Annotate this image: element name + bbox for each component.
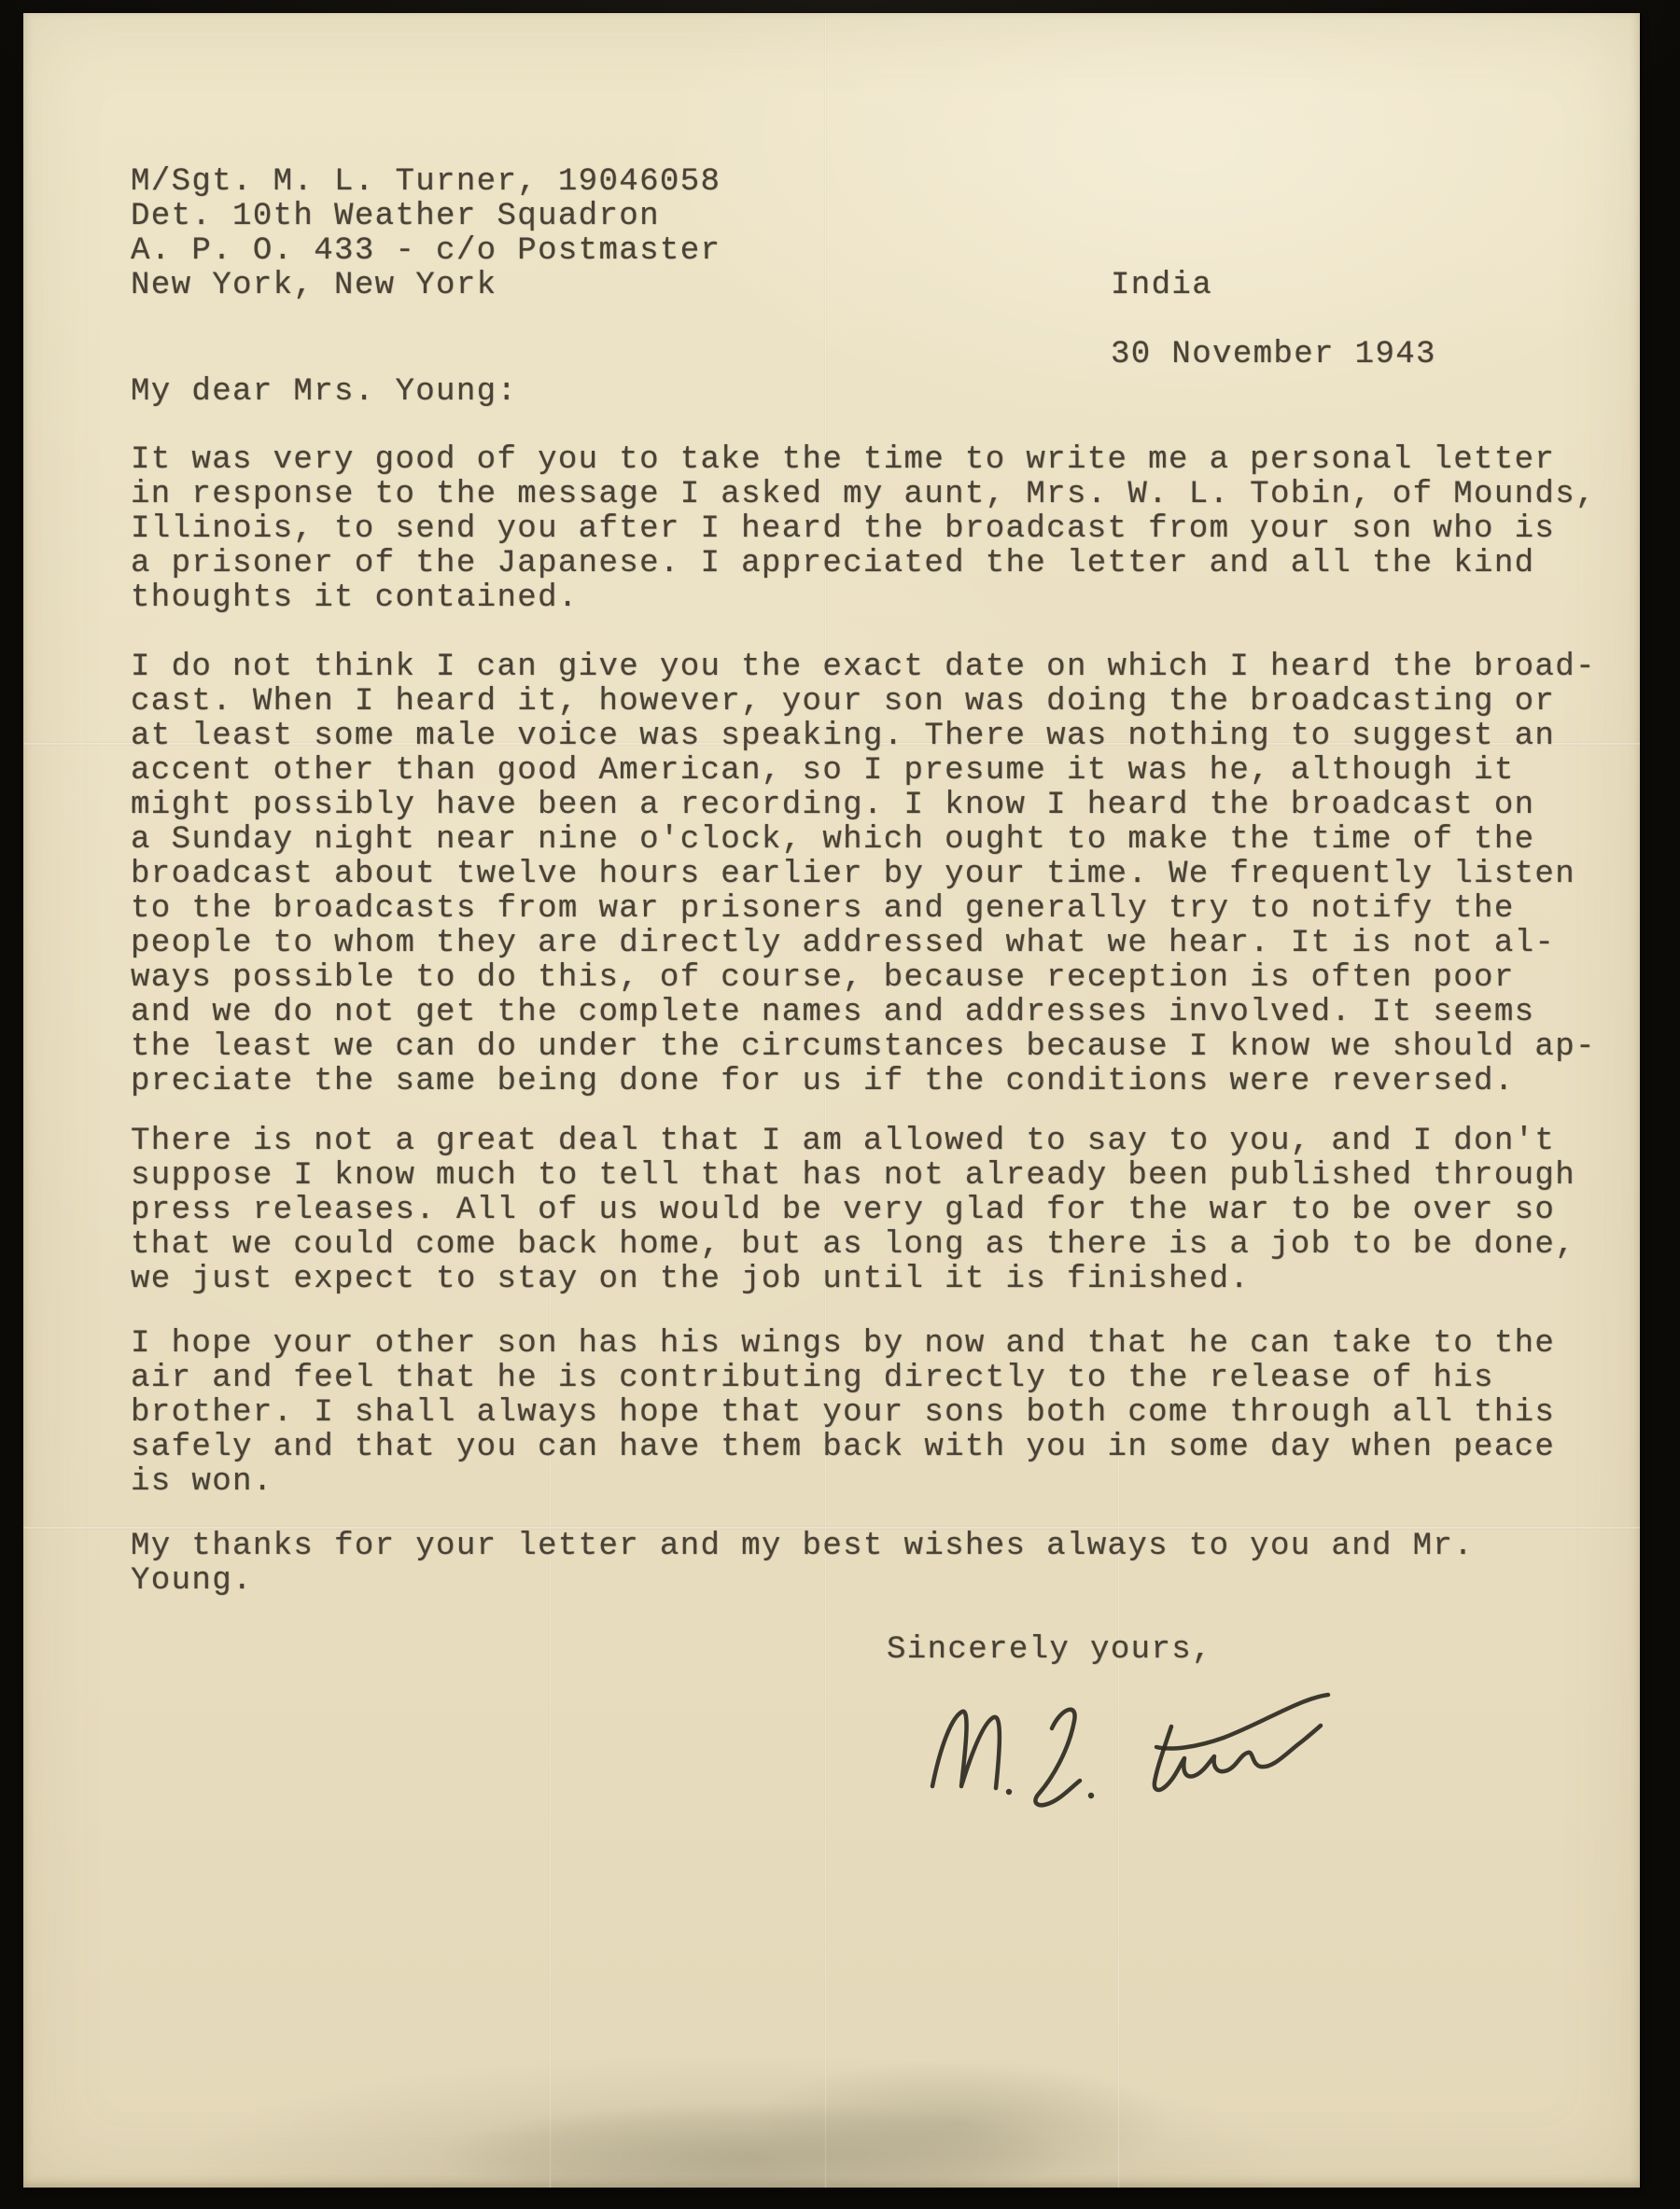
dateline-block: India 30 November 1943 [1111, 234, 1436, 407]
signature-ink-drawing [891, 1665, 1358, 1824]
scanner-background: M/Sgt. M. L. Turner, 19046058 Det. 10th … [0, 0, 1680, 2209]
dateline-date: 30 November 1943 [1111, 338, 1436, 372]
body-paragraph-3: There is not a great deal that I am allo… [131, 1125, 1575, 1297]
body-paragraph-4: I hope your other son has his wings by n… [131, 1327, 1555, 1500]
salutation: My dear Mrs. Young: [131, 375, 517, 410]
body-paragraph-1: It was very good of you to take the time… [131, 443, 1596, 616]
body-paragraph-5: My thanks for your letter and my best wi… [131, 1530, 1474, 1599]
bottom-edge-wrinkle-stain [397, 2080, 1106, 2188]
closing-phrase: Sincerely yours, [887, 1633, 1212, 1668]
fold-crease-vertical-center [824, 13, 827, 2188]
handwritten-signature [891, 1665, 1358, 1824]
letter-page: M/Sgt. M. L. Turner, 19046058 Det. 10th … [23, 13, 1640, 2188]
sender-address-block: M/Sgt. M. L. Turner, 19046058 Det. 10th … [131, 165, 721, 303]
body-paragraph-2: I do not think I can give you the exact … [131, 650, 1596, 1099]
dateline-place: India [1111, 269, 1436, 303]
